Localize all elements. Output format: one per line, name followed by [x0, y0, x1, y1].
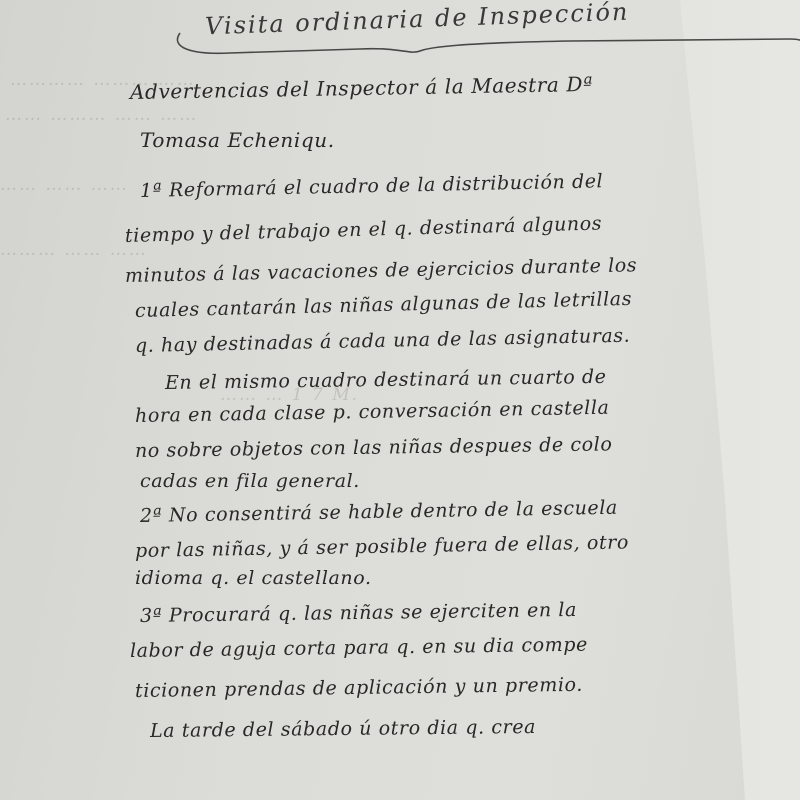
manuscript-line: idioma q. el castellano.	[135, 567, 372, 589]
bleed-through-text: …… ……… …… ……	[5, 105, 198, 125]
bleed-through-text: …… …… ……	[0, 175, 129, 195]
manuscript-line: La tarde del sábado ú otro dia q. crea	[150, 716, 536, 742]
document-heading-line: Tomasa Echeniqu.	[140, 128, 335, 152]
title-flourish	[170, 25, 800, 70]
manuscript-line: cadas en fila general.	[140, 470, 360, 492]
